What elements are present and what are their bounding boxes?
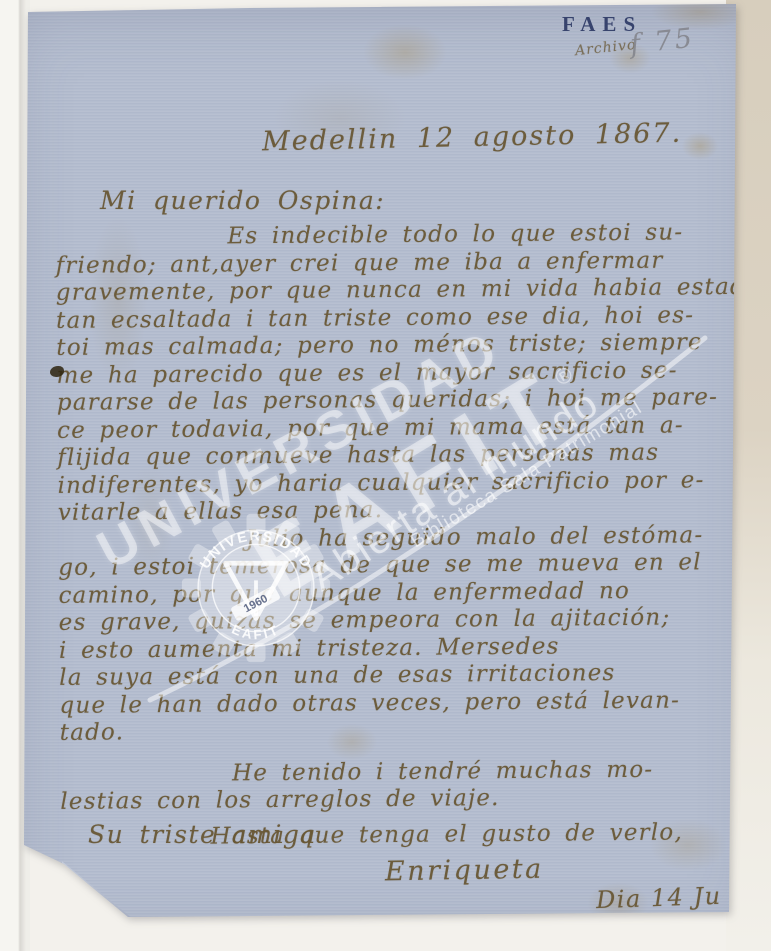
letter-salutation: Mi querido Ospina: (100, 186, 385, 215)
letter-date: Medellin 12 agosto 1867. (262, 118, 683, 158)
letter-line: tado. (60, 714, 730, 747)
letter-body: Es indecible todo lo que estoi su- frien… (55, 219, 730, 852)
letter-closing: Su triste amiga (88, 820, 317, 849)
letter-line: He tenido i tendré muchas mo- (232, 756, 730, 788)
folio-number-pencil: f 75 (629, 23, 697, 61)
letter-line: lestias con los arreglos de viaje. (60, 783, 730, 816)
paper-fold-corner (62, 852, 132, 918)
letter-annotation: Dia 14 Ju (596, 882, 723, 914)
letter-line: es grave, quizás se empeora con la ajita… (59, 604, 729, 637)
letter-signature: Enriqueta (385, 854, 544, 888)
letter-line: Julio ha seguido malo del estóma- (246, 522, 728, 554)
letter-line: Es indecible todo lo que estoi su- (227, 219, 725, 251)
letter-line: indiferentes, yo haria cualquier sacrifi… (57, 467, 727, 500)
letter-sheet-wrapper: FAES Archivo f 75 Medellin 12 agosto 186… (0, 0, 771, 951)
letter-line: que le han dado otras veces, pero está l… (59, 687, 729, 720)
letter-sheet: FAES Archivo f 75 Medellin 12 agosto 186… (0, 0, 771, 951)
archive-note: Archivo (574, 37, 637, 59)
